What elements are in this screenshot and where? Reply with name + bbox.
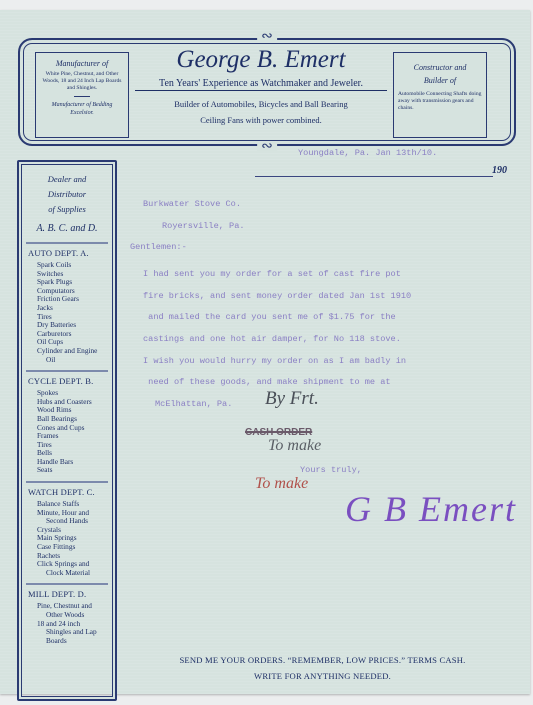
year-prefix: 190 [492, 165, 507, 176]
dealer-line-2: Distributor [19, 187, 115, 202]
recipient-line-2: Royersville, Pa. [162, 221, 245, 231]
right-box-text: Automobile Connecting Shafts doing away … [394, 91, 486, 112]
sidebar-departments: Dealer and Distributor of Supplies A. B.… [17, 160, 117, 701]
footer-line-1: SEND ME YOUR ORDERS. “REMEMBER, LOW PRIC… [120, 652, 525, 668]
divider [26, 583, 108, 585]
body-line: castings and one hot air damper, for No … [143, 334, 401, 344]
recipient-line-1: Burkwater Stove Co. [143, 199, 241, 209]
letterhead-right-box: Constructor and Builder of Automobile Co… [393, 52, 487, 138]
body-line: need of these goods, and make shipment t… [143, 377, 391, 387]
flourish-ornament: ∾ [257, 32, 277, 42]
business-name: George B. Emert [135, 46, 387, 74]
footer-line-2: WRITE FOR ANYTHING NEEDED. [120, 668, 525, 684]
handwritten-to-make-red: To make [255, 475, 308, 493]
dept-title-auto: AUTO DEPT. A. [19, 248, 115, 258]
dept-title-mill: MILL DEPT. D. [19, 589, 115, 599]
dealer-line-3: of Supplies [19, 202, 115, 217]
dept-title-cycle: CYCLE DEPT. B. [19, 376, 115, 386]
body-line: I had sent you my order for a set of cas… [143, 269, 401, 279]
subline-1: Builder of Automobiles, Bicycles and Bal… [135, 97, 387, 111]
dealer-line-1: Dealer and [19, 172, 115, 187]
footer-slogan: SEND ME YOUR ORDERS. “REMEMBER, LOW PRIC… [120, 652, 525, 684]
dept-items-cycle: Spokes Hubs and Coasters Wood Rims Ball … [19, 389, 115, 475]
body-line: I wish you would hurry my order on as I … [143, 356, 406, 366]
signature: G B Emert [345, 488, 517, 530]
left-box-subheading: Manufacturer of Bedding Excelsior. [36, 101, 128, 117]
closing: Yours truly, [300, 465, 362, 475]
right-box-heading-2: Builder of [394, 76, 486, 85]
dept-items-mill: Pine, Chestnut and Other Woods 18 and 24… [19, 602, 115, 645]
dealer-heading: Dealer and Distributor of Supplies A. B.… [19, 172, 115, 236]
place-date: Youngdale, Pa. Jan 13th/10. [298, 148, 437, 158]
body-line: and mailed the card you sent me of $1.75… [143, 312, 396, 322]
handwritten-to-make-pencil: To make [268, 437, 321, 455]
left-box-text: White Pine, Chestnut, and Other Woods, 1… [36, 71, 128, 92]
salutation: Gentlemen:- [130, 242, 187, 252]
dept-item: Boards [37, 637, 115, 646]
body-line: fire bricks, and sent money order dated … [143, 291, 411, 301]
tagline: Ten Years' Experience as Watchmaker and … [135, 78, 387, 91]
dept-items-watch: Balance Staffs Minute, Hour and Second H… [19, 500, 115, 577]
divider [74, 96, 90, 97]
divider [26, 370, 108, 372]
left-box-heading: Manufacturer of [36, 59, 128, 68]
flourish-ornament: ∾ [257, 142, 277, 152]
divider [26, 242, 108, 244]
letter-paper: ∾ ∾ Manufacturer of White Pine, Chestnut… [0, 10, 530, 694]
dept-title-watch: WATCH DEPT. C. [19, 487, 115, 497]
right-box-heading-1: Constructor and [394, 63, 486, 72]
handwritten-by-frt: By Frt. [265, 388, 319, 410]
dept-item: Oil [37, 356, 115, 365]
dept-items-auto: Spark Coils Switches Spark Plugs Computa… [19, 261, 115, 364]
dealer-line-4: A. B. C. and D. [19, 221, 115, 236]
date-rule [255, 175, 493, 177]
dept-item: Seats [37, 466, 115, 475]
body-line: McElhattan, Pa. [155, 399, 232, 409]
subline-2: Ceiling Fans with power combined. [135, 113, 387, 127]
dept-item: Clock Material [37, 569, 115, 578]
divider [26, 481, 108, 483]
letterhead-left-box: Manufacturer of White Pine, Chestnut, an… [35, 52, 129, 138]
letterhead-title-block: George B. Emert Ten Years' Experience as… [135, 46, 387, 127]
